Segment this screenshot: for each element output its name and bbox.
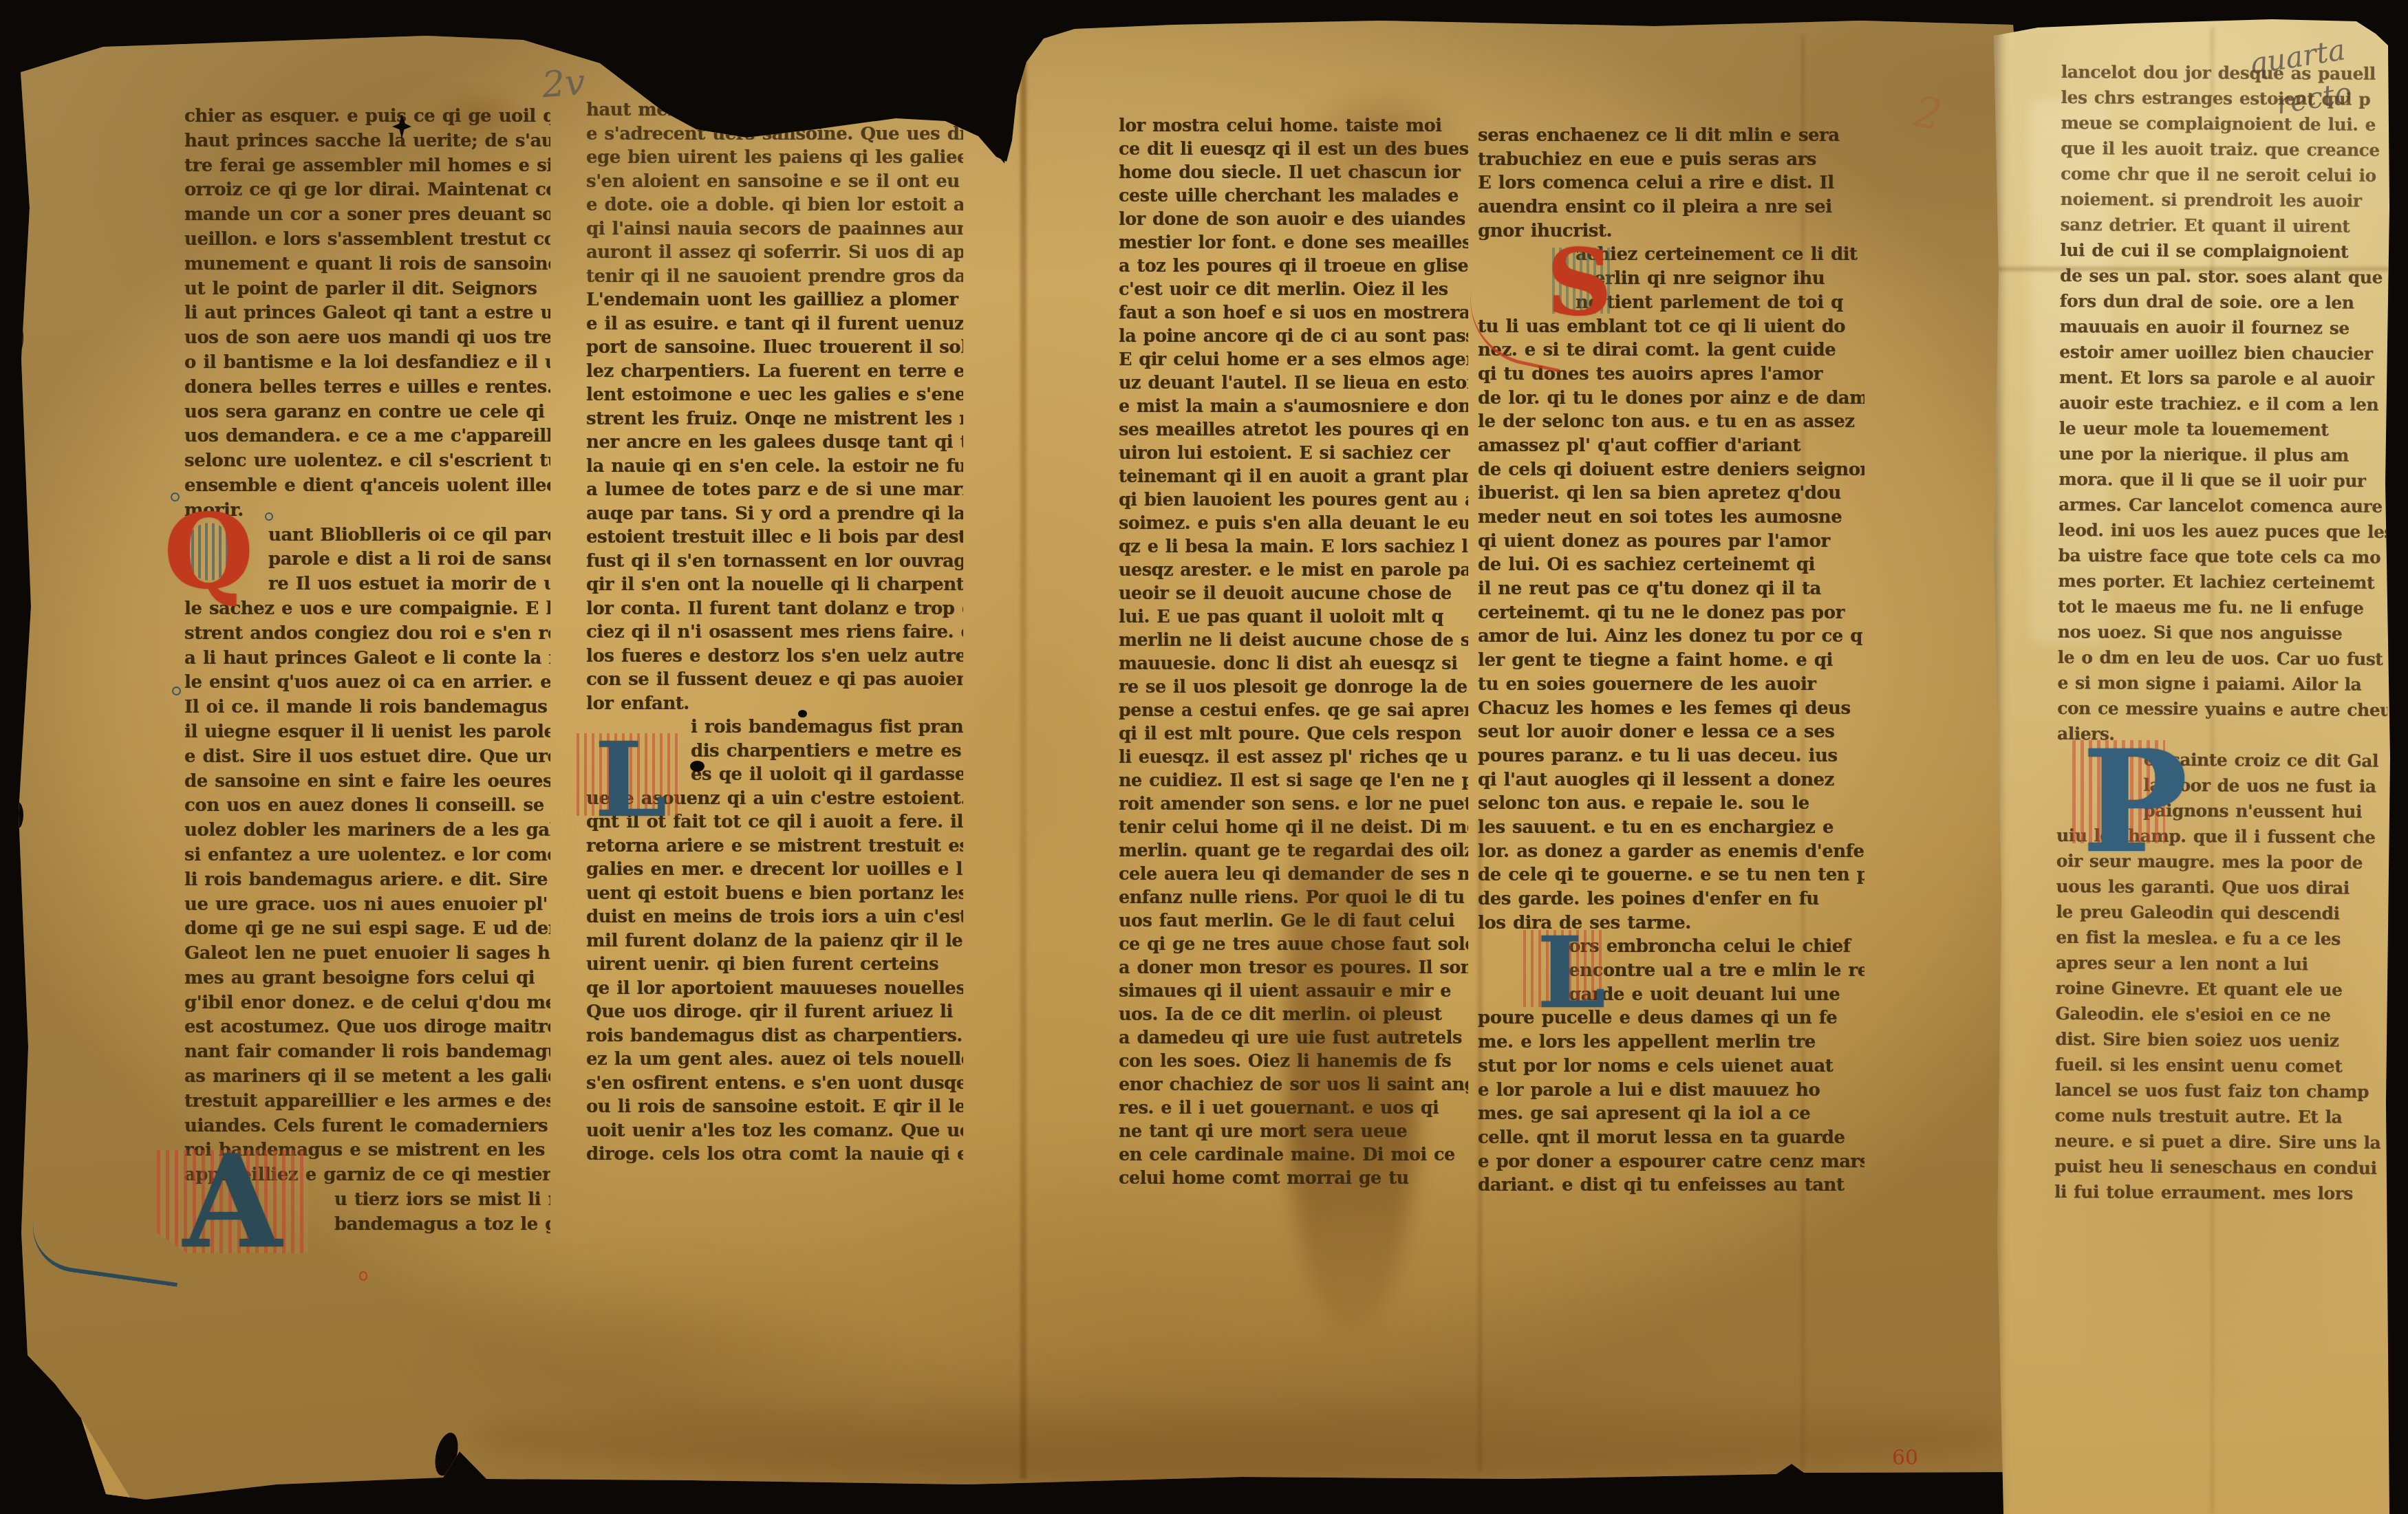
text-line: li fui tolue erraument. mes lors (2054, 1179, 2385, 1207)
initial-flourish (27, 1221, 183, 1287)
text-line: armes. Car lancelot comenca aure (2058, 492, 2389, 519)
text-column-3: lor mostra celui home. taiste moice dit … (1119, 114, 1468, 1190)
text-line: e lor parole a lui e dist mauuez ho (1478, 1079, 1864, 1103)
text-line: chier as esquer. e puis ce qi ge uoil qi… (184, 105, 550, 129)
text-line: ler gent te tiegne a faint home. e qi (1478, 649, 1864, 673)
text-line: tenir celui home qi il ne deist. Di moi (1119, 816, 1468, 839)
text-line: ensemble e dient q'anceis uolent illec (184, 474, 550, 499)
text-line: celle. qnt il morut lessa en ta guarde (1478, 1126, 1864, 1150)
text-line: ne tant qi ure mort sera ueue (1119, 1120, 1468, 1143)
text-line: qe il lor aportoient mauueses nouelles. (586, 977, 963, 1001)
text-line: Il oi ce. il mande li rois bandemagus qi (184, 695, 550, 720)
text-line: lancel se uos fust faiz ton champ (2055, 1077, 2385, 1105)
text-line: lor mostra celui home. taiste moi (1119, 114, 1468, 138)
text-column-4: seras enchaenez ce li dit mlin e seratra… (1478, 124, 1864, 1198)
text-line: ut le point de parler il dit. Seignors (184, 277, 550, 302)
text-line: estoir amer uoillez bien chaucier (2059, 339, 2389, 367)
text-line: les sauuent. e tu en es enchargiez e (1478, 816, 1864, 840)
text-line: li rois bandemagus ariere. e dit. Sire s… (184, 868, 550, 893)
text-line: dariant. e dist qi tu enfeisses au tant (1478, 1174, 1864, 1198)
text-line: ou li rois de sansoine estoit. E qir il … (586, 1095, 963, 1119)
stain (399, 1259, 894, 1438)
text-line: haut mer, e drecerent lor sigles al uent (586, 98, 963, 122)
text-line: come nuls trestuit autre. Et la (2055, 1103, 2385, 1130)
text-line: de cels qi doiuent estre deniers seignor (1478, 458, 1864, 482)
text-line: uous les garanti. Que uos dirai (2056, 874, 2387, 901)
text-line: neure. e si puet a dire. Sire uns la (2054, 1128, 2385, 1156)
text-line: orroiz ce qi ge lor dirai. Maintenat co (184, 178, 550, 203)
text-line: ceste uille cherchant les malades e (1119, 184, 1468, 208)
text-line: tre ferai ge assembler mil homes e si (184, 154, 550, 179)
text-line: qi bien lauoient les poures gent au a (1119, 488, 1468, 512)
text-line: uolez dobler les mariners de a les galie… (184, 819, 550, 843)
text-line: est acostumez. Que uos diroge maitre (184, 1015, 550, 1040)
text-line: port de sansoine. Iluec trouerent il sol… (586, 336, 963, 360)
text-line: gnor ihucrist. (1478, 219, 1864, 244)
text-line: nant fair comander li rois bandemagus (184, 1040, 550, 1065)
text-line: ce dit li euesqz qi il est un des bues (1119, 138, 1468, 161)
text-line: merlin. quant ge te regardai des oilz (1119, 839, 1468, 863)
text-line: que il les auoit traiz. que creance (2061, 136, 2391, 163)
text-line: qi uient donez as poures par l'amor (1478, 530, 1864, 554)
text-line: merlin ne li deist aucune chose de sa (1119, 629, 1468, 652)
text-line: mestier lor font. e done ses meailles (1119, 231, 1468, 255)
text-line: a li haut princes Galeot e li conte la n… (184, 647, 550, 671)
text-line: meder neut en soi totes les aumosne (1478, 506, 1864, 530)
text-line: paignons n'eussent hui (2056, 797, 2387, 825)
text-line: poure pucelle e deus dames qi un fe (1478, 1006, 1864, 1030)
penwork-mark (171, 493, 180, 501)
text-line: nos uoez. Si que nos anguisse (2058, 619, 2388, 647)
text-line: es qe il uoloit qi il gardassent la no (586, 763, 963, 787)
text-line: uos sera garanz en contre ue cele qi rie… (184, 400, 550, 425)
text-line: trabuchiez en eue e puis seras ars (1478, 148, 1864, 172)
text-line: leod. ini uos les auez puces que les (2058, 517, 2389, 545)
text-line: s'en osfirent entens. e s'en uont dusqe … (586, 1072, 963, 1096)
text-line: E lors comenca celui a rire e dist. Il (1478, 171, 1864, 195)
text-line: faut a son hoef e si uos en mostrerai (1119, 301, 1468, 325)
text-line: i rois bandemagus fist prandre (586, 715, 963, 739)
text-line: trestuit appareillier e les armes e des (184, 1090, 550, 1114)
text-line: uos de son aere uos mandi qi uos treuu (184, 326, 550, 351)
text-line: o il bantisme e la loi desfandiez e il u… (184, 351, 550, 376)
text-line: les chrs estranges estoient qui p (2061, 85, 2391, 112)
text-line: la poor de uos ne fust ia (2056, 772, 2387, 799)
text-line: mauuesie. donc li dist ah euesqz si (1119, 652, 1468, 675)
text-line: donera belles terres e uilles e rentes. … (184, 376, 550, 400)
text-line: seras enchaenez ce li dit mlin e sera (1478, 124, 1864, 148)
red-number-mark: 60 (1892, 1446, 1918, 1470)
text-line: selonc ure uolentez. e cil s'escrient tu… (184, 449, 550, 474)
text-line: si enfantez a ure uolentez. e lor comeca (184, 843, 550, 868)
text-line: los dira de ses tarme. (1478, 911, 1864, 936)
text-line: enfanz nulle riens. Por quoi le di tu (1119, 886, 1468, 909)
text-line: qnt il ot fait tot ce qil i auoit a fere… (586, 810, 963, 834)
text-line: tot le maeus me fu. ne li enfuge (2058, 594, 2388, 621)
text-line: qi tu dones tes auoirs apres l'amor (1478, 363, 1864, 387)
text-line: e por doner a espourer catre cenz mars (1478, 1150, 1864, 1174)
text-line: auendra ensint co il pleira a nre sei (1478, 195, 1864, 219)
text-line: sanz detrier. Et quant il uirent (2060, 212, 2390, 239)
text-line: fueil. si les ensint uenu comet (2055, 1052, 2385, 1079)
text-line: auoir este trachiez. e il com a len (2059, 390, 2389, 418)
text-line: E qir celui home er a ses elmos agenz (1119, 348, 1468, 371)
text-line: des garde. les poines d'enfer en fu (1478, 887, 1864, 911)
text-line: seut lor auoir doner e lessa ce a ses (1478, 720, 1864, 744)
text-line: s'en aloient en sansoine e se il ont eu … (586, 170, 963, 194)
text-line: haut princes sacche la uerite; de s'au (184, 129, 550, 154)
text-line: retorna ariere e se mistrent trestuit es (586, 834, 963, 858)
text-line: uiandes. Cels furent le comaderniers dou (184, 1114, 550, 1139)
penwork-mark (359, 1271, 367, 1281)
text-line: e mist la main a s'aumosniere e done le (1119, 395, 1468, 418)
text-line: ce qi ge ne tres auue chose faut solemt (1119, 933, 1468, 956)
manuscript-photograph: 2v 2 60 chier as esquer. e puis ce qi ge… (0, 0, 2408, 1514)
text-line: a doner mon tresor es poures. Il sont (1119, 956, 1468, 980)
text-line: soimez. e puis s'en alla deuant le euef (1119, 512, 1468, 535)
tear (431, 1430, 462, 1478)
text-line: uos demandera. e ce a me c'appareilliez (184, 424, 550, 449)
text-line: cele auera leu qi demander de ses mes (1119, 863, 1468, 886)
text-line: de lui. Oi es sachiez certeinemt qi (1478, 553, 1864, 577)
text-line: morir. (184, 499, 550, 523)
text-line: as mariners qi il se metent a les galies (184, 1065, 550, 1090)
text-line: merlin qi nre seignor ihu (1478, 267, 1864, 291)
text-line: une por la nierique. il plus am (2058, 441, 2389, 468)
text-line: en cele cardinale maine. Di moi ce (1119, 1143, 1468, 1167)
text-line: uos faut merlin. Ge le di faut celui (1119, 909, 1468, 933)
text-line: celui home comt morrai ge tu (1119, 1167, 1468, 1190)
text-line: ciez qi il n'i osassent mes riens faire.… (586, 620, 963, 645)
faint-number-mark: 2 (1911, 86, 1945, 140)
text-line: or sainte croiz ce dit Gal (2057, 746, 2387, 774)
text-line: ue ure grace. uos ni aues enuoier pl' q (184, 893, 550, 918)
text-line: roine Ginevre. Et quant ele ue (2056, 975, 2386, 1003)
text-line: uent qi estoit buens e bien portanz les … (586, 882, 963, 906)
text-line: le ueur mole ta louemement (2059, 415, 2389, 443)
text-line: strent les fruiz. Onqe ne mistrent les m… (586, 407, 963, 431)
text-line: tenir qi il ne sauoient prendre gros dau (586, 265, 963, 289)
text-line: re se il uos plesoit ge donroge la des (1119, 675, 1468, 699)
text-line: strent andos congiez dou roi e s'en reto… (184, 622, 550, 647)
text-line: ment. Et lors sa parole e al auoir (2059, 365, 2389, 392)
text-line: home dou siecle. Il uet chascun ior (1119, 161, 1468, 184)
text-line: ne tient parlement de toi q (1478, 291, 1864, 315)
text-line: g'ibil enor donez. e de celui q'dou mest… (184, 991, 550, 1016)
text-line: la poine ancore qi de ci au sont passez (1119, 325, 1468, 348)
text-line: simaues qi il uient assauir e mir e (1119, 980, 1468, 1003)
text-line: mora. que il li que se il uoir pur (2058, 466, 2389, 494)
text-line: li euesqz. il est assez pl' riches qe uo… (1119, 746, 1468, 769)
text-line: amassez pl' q'aut coffier d'ariant (1478, 434, 1864, 458)
text-line: uiron lui estoient. E si sachiez cer (1119, 442, 1468, 465)
text-line: uelle asouenz qi a uin c'estre estoient.… (586, 787, 963, 811)
text-line: uirent uenir. qi bien furent certeins (586, 953, 963, 977)
text-line: a toz les poures qi il troeue en glise e (1119, 255, 1468, 278)
text-line: dome qi ge ne sui espi sage. E ud den di… (184, 917, 550, 942)
text-line: mil furent dolanz de la paienz qir il le… (586, 929, 963, 953)
text-line: oir seur maugre. mes la poor de (2056, 848, 2387, 876)
text-line: noiement. si prendroit les auoir (2061, 186, 2391, 214)
text-line: le der selonc ton aus. e tu en as assez (1478, 410, 1864, 434)
text-line: de ses un pal. stor. soes alant que (2060, 263, 2390, 290)
text-line: roi bandemagus e se mistrent en les gali… (184, 1138, 550, 1163)
text-line: parole e dist a li roi de sansoine si (184, 548, 550, 572)
text-line: qir il s'en ont la nouelle qi li charpen… (586, 573, 963, 597)
text-line: c'est uoir ce dit merlin. Oiez il les (1119, 278, 1468, 301)
text-line: lor done de son auoir e des uiandes q (1119, 208, 1468, 231)
text-line: auqe par tans. Si y ord a prendre qi la … (586, 502, 963, 526)
text-line: con ce messire yuains e autre cheu (2057, 695, 2387, 723)
pencil-folio-mark: 2v (541, 62, 587, 106)
text-line: mes. ge sai apresent qi la iol a ce (1478, 1102, 1864, 1126)
text-line: uz deuant l'autel. Il se lieua en estoir (1119, 371, 1468, 395)
text-line: certeinemt. qi tu ne le donez pas por (1478, 601, 1864, 625)
text-line: Galeot len ne puet enuoier li sages ho (184, 942, 550, 966)
text-line: de lor. qi tu le dones por ainz e de dam (1478, 387, 1864, 411)
text-line: galies en mer. e drecent lor uoilles e l… (586, 858, 963, 882)
text-line: diroge. cels los otra comt la nauie qi e… (586, 1143, 963, 1167)
text-line: a lumee de totes parz e de si une mariti… (586, 478, 963, 502)
text-line: mes porter. Et lachiez certeinemt (2058, 568, 2388, 596)
text-line: qi il est mlt poure. Que cels respon (1119, 722, 1468, 746)
text-line: rois bandemagus dist as charpentiers. ue (586, 1024, 963, 1048)
text-column-5: lancelot dou jor desque as pauellles chr… (2054, 59, 2391, 1207)
penwork-mark (172, 686, 181, 695)
text-line: uesqz arester. e le mist en parole pa (1119, 559, 1468, 582)
text-line: le preu Galeodin qui descendi (2056, 899, 2386, 927)
text-line: res. e il i uet gouernant. e uos qi (1119, 1096, 1468, 1120)
text-line: ors embroncha celui le chief (1478, 935, 1864, 959)
text-line: ner ancre en les galees dusqe tant qi tr… (586, 431, 963, 455)
text-line: aliers. (2057, 721, 2387, 748)
text-line: u tierz iors se mist li rois font. (184, 1188, 550, 1213)
text-line: dist. Sire bien soiez uos ueniz (2055, 1026, 2385, 1054)
text-line: duist en meins de trois iors a uin c'est… (586, 905, 963, 929)
text-line: auront il assez qi soferrir. Si uos di a… (586, 241, 963, 265)
text-line: qz e li besa la main. E lors sachiez le (1119, 535, 1468, 559)
text-line: le sachez e uos e ure compaignie. E lors… (184, 597, 550, 622)
text-line: enor chachiez de sor uos li saint ang (1119, 1073, 1468, 1096)
edge-nick (12, 802, 23, 828)
text-line: e dist. Sire il uos estuet dire. Que ure (184, 745, 550, 770)
text-line: teinemant qi il en auoit a grant plante (1119, 465, 1468, 488)
text-line: lor enfant. (586, 692, 963, 716)
text-line: Galeodin. ele s'esioi en ce ne (2055, 1001, 2385, 1028)
text-line: lancelot dou jor desque as pauell (2061, 59, 2391, 87)
text-line: ueillon. e lors s'assemblent trestut co (184, 228, 550, 252)
text-line: achiez certeinement ce li dit (1478, 243, 1864, 267)
text-line: L'endemain uont les gailliez a plomer uo… (586, 288, 963, 312)
text-line: estoient trestuit illec e li bois par de… (586, 526, 963, 550)
text-column-2: haut mer, e drecerent lor sigles al uent… (586, 98, 963, 1167)
text-line: lez charpentiers. La fuerent en terre e … (586, 360, 963, 384)
text-line: ne cuidiez. Il est si sage qe l'en ne po… (1119, 769, 1468, 792)
text-line: fust qi il s'en tornassent en lor ouvrag… (586, 550, 963, 574)
text-line: nez. e si te dirai comt. la gent cuide (1478, 338, 1864, 363)
text-line: tu li uas emblant tot ce qi li uient do (1478, 315, 1864, 339)
text-line: ez la um gent ales. auez oi tels nouelle… (586, 1048, 963, 1072)
text-line: los fueres e destorz los s'en uelz autre… (586, 645, 963, 669)
text-line: a damedeu qi ure uie fust autretels (1119, 1026, 1468, 1050)
text-line: con se il fussent deuez e qi pas auoient… (586, 668, 963, 692)
text-line: lent estoimone e uec les galies e s'enes… (586, 383, 963, 407)
text-line: munement e quant li rois de sansoine (184, 252, 550, 277)
text-line: Que uos diroge. qir il furent ariuez li (586, 1000, 963, 1024)
text-line: fors dun dral de soie. ore a len (2060, 288, 2390, 316)
text-line: le o dm en leu de uos. Car uo fust (2058, 645, 2388, 672)
text-line: qi l'ainsi nauia secors de paainnes aun (586, 217, 963, 241)
text-line: il uiegne esquer il li uenist les parole… (184, 720, 550, 745)
text-line: con les soes. Oiez li hanemis de fs (1119, 1050, 1468, 1073)
text-line: en fist la meslea. e fu a ce les (2056, 924, 2386, 952)
text-line: ba uistre face que tote cels ca mo ble (2058, 543, 2388, 570)
text-column-1: chier as esquer. e puis ce qi ge uoil qi… (184, 105, 550, 1237)
text-line: mande un cor a soner pres deuant so pa (184, 203, 550, 228)
text-line: uos. Ia de ce dit merlin. oi pleust (1119, 1003, 1468, 1026)
text-line: amor de lui. Ainz les donez tu por ce q (1478, 625, 1864, 649)
text-line: lui de cui il se complaignoient (2060, 237, 2390, 265)
text-line: lor. as donez a garder as enemis d'enfer (1478, 840, 1864, 864)
text-line: stut por lor noms e cels uienet auat (1478, 1055, 1864, 1079)
text-line: Chacuz les homes e les femes qi deus (1478, 697, 1864, 721)
text-line: uiu le champ. que il i fussent che (2056, 823, 2387, 850)
text-line: lui. E ue pas quant il uoloit mlt q (1119, 605, 1468, 629)
text-line: selonc ton aus. e repaie le. sou le (1478, 792, 1864, 816)
text-line: qi l'aut auogles qi il lessent a donez (1478, 768, 1864, 792)
text-line: pense a cestui enfes. qe ge sai aprentiz (1119, 699, 1468, 722)
text-line: mauuais en auoir il fournez se (2060, 314, 2390, 341)
fold-crease (1020, 48, 1026, 1479)
text-line: come chr que il ne seroit celui io (2061, 161, 2391, 188)
stain (475, 1396, 2002, 1475)
text-line: meue se complaignoient de lui. e (2061, 110, 2391, 138)
text-line: ege bien uirent les paiens qi les galiee… (586, 146, 963, 170)
text-line: le ensint q'uos auez oi ca en arrier. e … (184, 671, 550, 695)
text-line: con uos en auez dones li conseill. se uo… (184, 794, 550, 819)
text-line: encontre ual a tre e mlin le re (1478, 959, 1864, 983)
text-line: de cele qi te gouerne. e se tu nen ten p… (1478, 863, 1864, 887)
text-line: tu en soies gouernere de les auoir (1478, 673, 1864, 697)
text-line: uoit uenir a'les toz les comanz. Que uos (586, 1119, 963, 1143)
text-line: roit amender son sens. e lor ne puet (1119, 792, 1468, 816)
text-line: apres seur a len nont a lui (2056, 950, 2386, 977)
text-line: li aut princes Galeot qi tant a estre us (184, 301, 550, 326)
text-line: garde e uoit deuant lui une (1478, 983, 1864, 1007)
edge-nick (11, 322, 23, 354)
text-line: uant Blioblleris oi ce qil parole il (184, 523, 550, 548)
text-line: poures paranz. e tu li uas deceu. ius (1478, 744, 1864, 768)
text-line: dis charpentiers e metre es gali (586, 739, 963, 764)
text-line: puist heu li seneschaus en condui (2054, 1154, 2385, 1181)
text-line: ibuerist. qi len sa bien apretez q'dou (1478, 482, 1864, 506)
text-line: il ne reut pas ce q'tu donez qi il ta (1478, 577, 1864, 601)
text-line: la nauie qi en s'en cele. la estoir ne f… (586, 455, 963, 479)
text-line: ueoir se il deuoit aucune chose de (1119, 582, 1468, 605)
text-line: e si mon signe i paiami. Ailor la (2057, 670, 2387, 697)
text-line: bandemagus a toz le galiees en (184, 1213, 550, 1237)
text-line: e il as esuire. e tant qi il furent uenu… (586, 312, 963, 336)
text-line: e dote. oie a doble. qi bien lor estoit … (586, 193, 963, 217)
text-line: mes au grant besoigne fors celui qi (184, 966, 550, 991)
text-line: de sansoine en sint e faire les oeures (184, 770, 550, 794)
text-line: lor conta. Il furent tant dolanz e trop … (586, 597, 963, 621)
text-line: me. e lors les appellent merlin tre (1478, 1030, 1864, 1055)
text-line: e s'adrecent uers sansoine. Que ues diro (586, 122, 963, 147)
text-line: ses meailles atretot les poures qi en (1119, 418, 1468, 442)
text-line: re Il uos estuet ia morir de uoir (184, 572, 550, 597)
text-line: appareilliez e garniz de ce qi mestiers … (184, 1163, 550, 1188)
